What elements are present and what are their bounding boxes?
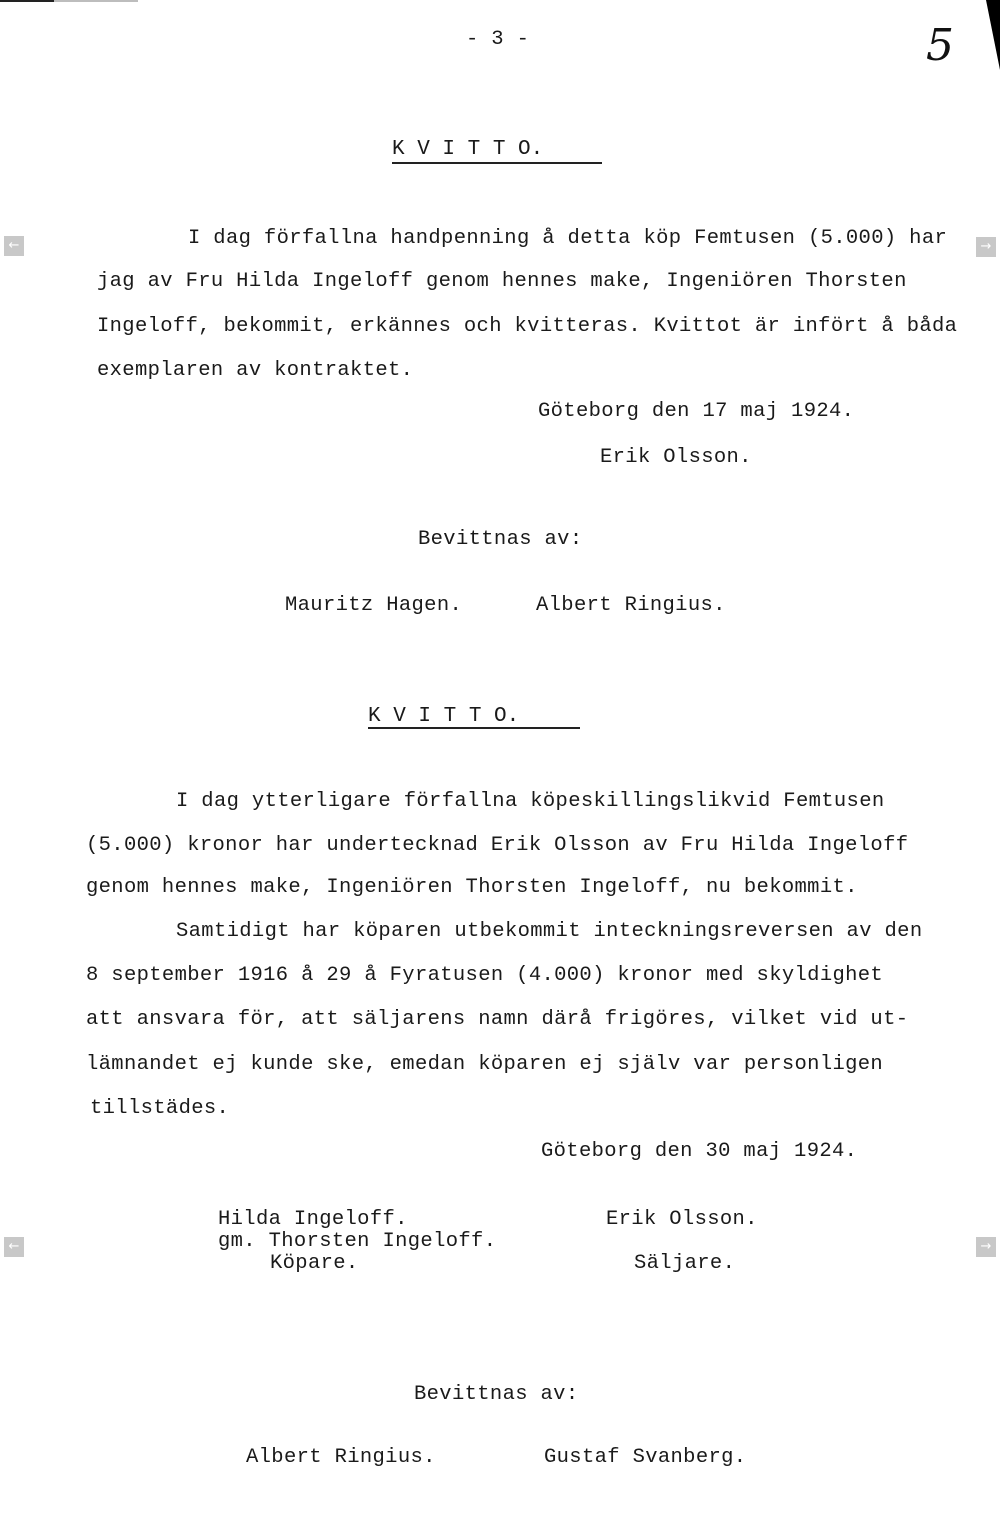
receipt-2-witness-2: Gustaf Svanberg. bbox=[544, 1446, 746, 1469]
receipt-1-witness-1: Mauritz Hagen. bbox=[285, 594, 462, 617]
receipt-1-witnessed-label: Bevittnas av: bbox=[418, 528, 582, 551]
receipt-2-line-5: 8 september 1916 å 29 å Fyratusen (4.000… bbox=[86, 964, 883, 987]
receipt-1-title-underline bbox=[392, 162, 602, 164]
receipt-2-line-8: tillstädes. bbox=[90, 1097, 229, 1120]
arrow-left-icon: ← bbox=[9, 1239, 20, 1254]
prev-page-button-bottom[interactable]: ← bbox=[4, 1237, 24, 1257]
receipt-1-place-date: Göteborg den 17 maj 1924. bbox=[538, 400, 854, 423]
scan-edge-mark bbox=[0, 0, 54, 2]
receipt-2-line-2: (5.000) kronor har undertecknad Erik Ols… bbox=[86, 834, 908, 857]
seller-role: Säljare. bbox=[634, 1252, 735, 1275]
arrow-left-icon: ← bbox=[9, 238, 20, 253]
receipt-2-place-date: Göteborg den 30 maj 1924. bbox=[541, 1140, 857, 1163]
scan-edge-mark-light bbox=[54, 0, 138, 2]
receipt-1-title: K V I T T O. bbox=[392, 138, 543, 161]
buyer-role: Köpare. bbox=[270, 1252, 359, 1275]
handwritten-page-number: 5 bbox=[926, 20, 954, 71]
receipt-2-witness-1: Albert Ringius. bbox=[246, 1446, 436, 1469]
receipt-2-line-7: lämnandet ej kunde ske, emedan köparen e… bbox=[86, 1053, 883, 1076]
page-number: - 3 - bbox=[466, 28, 529, 51]
receipt-2-line-4: Samtidigt har köparen utbekommit inteckn… bbox=[176, 920, 922, 943]
receipt-2-line-3: genom hennes make, Ingeniören Thorsten I… bbox=[86, 876, 858, 899]
buyer-name: Hilda Ingeloff. bbox=[218, 1208, 408, 1231]
receipt-2-witnessed-label: Bevittnas av: bbox=[414, 1383, 578, 1406]
seller-name: Erik Olsson. bbox=[606, 1208, 758, 1231]
scan-corner-shadow bbox=[986, 0, 1000, 70]
receipt-1-line-4: exemplaren av kontraktet. bbox=[97, 359, 413, 382]
receipt-2-line-1: I dag ytterligare förfallna köpeskilling… bbox=[176, 790, 885, 813]
receipt-2-line-6: att ansvara för, att säljarens namn därå… bbox=[86, 1008, 908, 1031]
receipt-1-line-1: I dag förfallna handpenning å detta köp … bbox=[188, 227, 947, 250]
next-page-button-bottom[interactable]: → bbox=[976, 1237, 996, 1257]
receipt-1-witness-2: Albert Ringius. bbox=[536, 594, 726, 617]
buyer-via: gm. Thorsten Ingeloff. bbox=[218, 1230, 496, 1253]
receipt-2-title-underline bbox=[368, 727, 580, 729]
arrow-right-icon: → bbox=[981, 239, 992, 254]
prev-page-button[interactable]: ← bbox=[4, 236, 24, 256]
receipt-2-title: K V I T T O. bbox=[368, 705, 519, 728]
receipt-1-signer: Erik Olsson. bbox=[600, 446, 752, 469]
receipt-1-line-3: Ingeloff, bekommit, erkännes och kvitter… bbox=[97, 315, 957, 338]
arrow-right-icon: → bbox=[981, 1239, 992, 1254]
receipt-1-line-2: jag av Fru Hilda Ingeloff genom hennes m… bbox=[97, 270, 907, 293]
next-page-button[interactable]: → bbox=[976, 237, 996, 257]
